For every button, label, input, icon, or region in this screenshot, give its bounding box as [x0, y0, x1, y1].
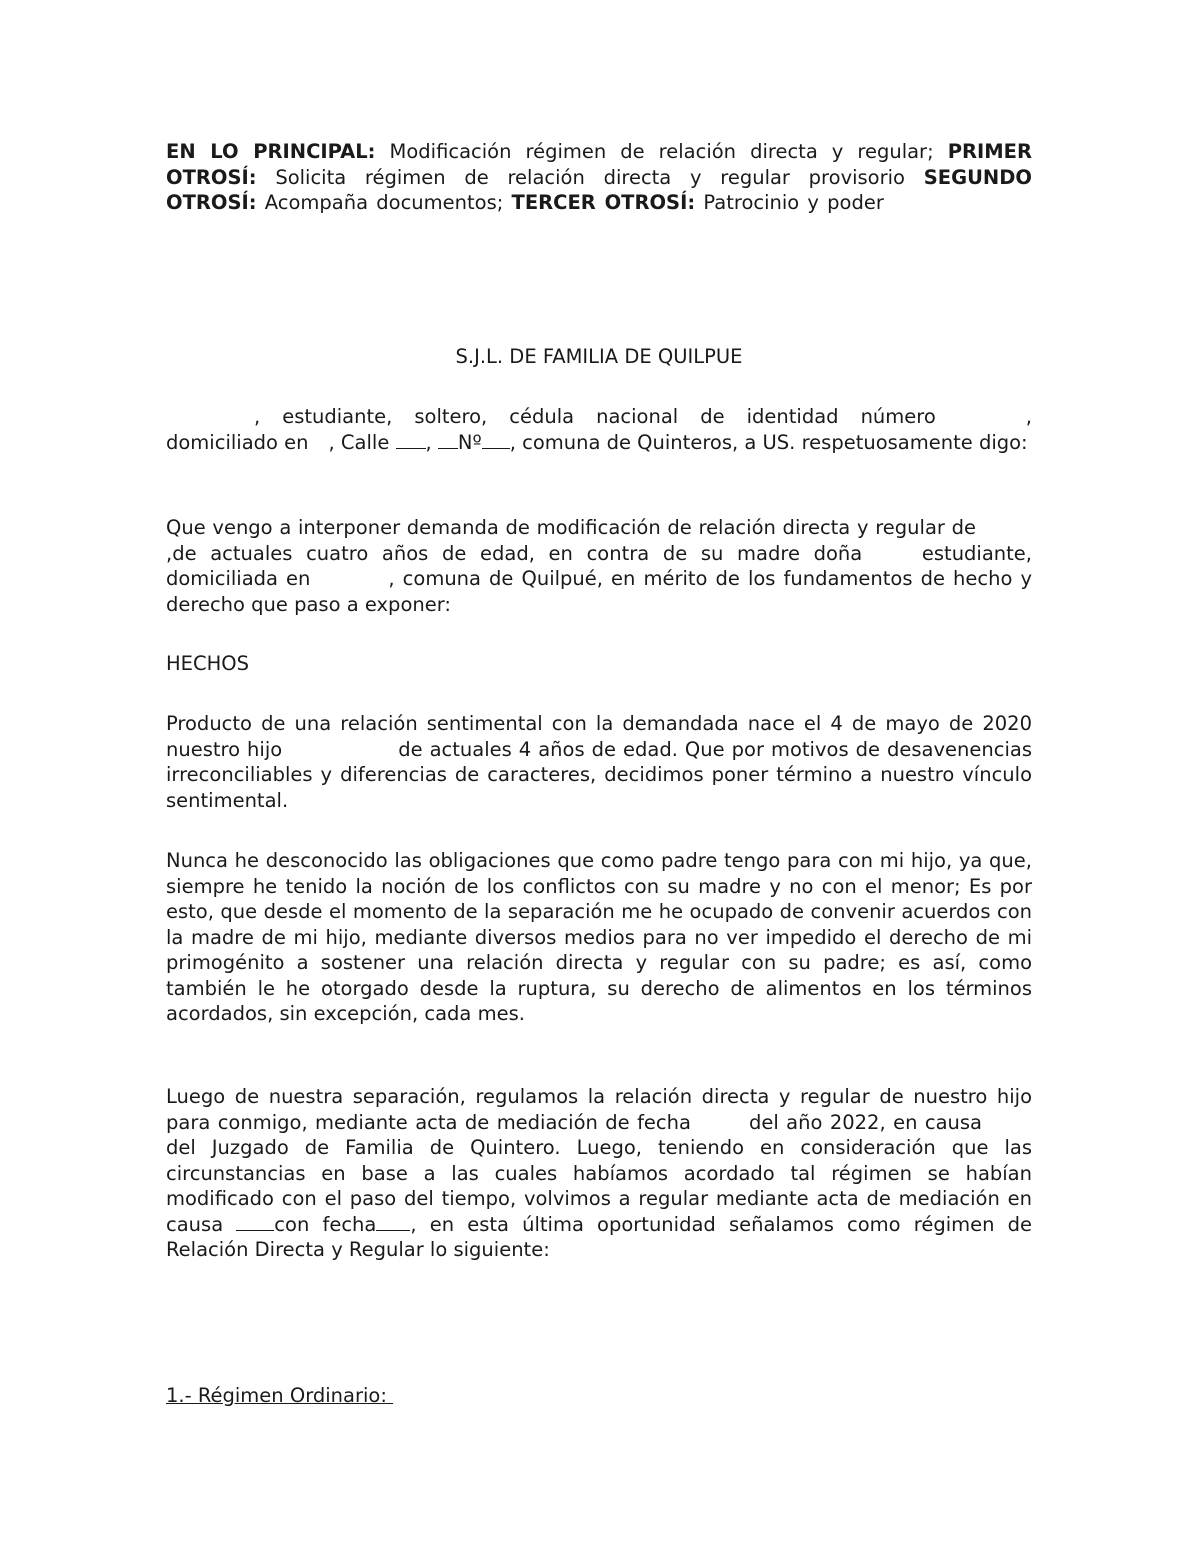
demand-block: Que vengo a interponer demanda de modifi… — [166, 515, 1032, 617]
tercer-otrosi-label: TERCER OTROSÍ: — [512, 191, 696, 214]
hechos-paragraph-3: Luego de nuestra separación, regulamos l… — [166, 1084, 1032, 1263]
section-1-heading: 1.- Régimen Ordinario: — [166, 1383, 1032, 1408]
hechos-paragraph-2: Nunca he desconocido las obligaciones qu… — [166, 848, 1032, 1027]
hechos-heading: HECHOS — [166, 651, 1032, 676]
intro-paragraph: , estudiante, soltero, cédula nacional d… — [166, 404, 1032, 455]
hechos-p1-block: Producto de una relación sentimental con… — [166, 711, 1032, 813]
hechos-paragraph-1: Producto de una relación sentimental con… — [166, 711, 1032, 813]
primer-otrosi-text: Solicita régimen de relación directa y r… — [275, 166, 905, 189]
segundo-otrosi-text: Acompaña documentos; — [265, 191, 504, 214]
summary-paragraph: EN LO PRINCIPAL: Modificación régimen de… — [166, 139, 1032, 216]
summary-block: EN LO PRINCIPAL: Modificación régimen de… — [166, 139, 1032, 216]
hechos-p3-block: Luego de nuestra separación, regulamos l… — [166, 1084, 1032, 1263]
principal-text: Modificación régimen de relación directa… — [390, 140, 934, 163]
intro-block: , estudiante, soltero, cédula nacional d… — [166, 404, 1032, 455]
principal-label: EN LO PRINCIPAL: — [166, 140, 375, 163]
court-heading: S.J.L. DE FAMILIA DE QUILPUE — [166, 344, 1032, 369]
demand-paragraph: Que vengo a interponer demanda de modifi… — [166, 515, 1032, 617]
hechos-p2-block: Nunca he desconocido las obligaciones qu… — [166, 848, 1032, 1027]
tercer-otrosi-text: Patrocinio y poder — [703, 191, 883, 214]
